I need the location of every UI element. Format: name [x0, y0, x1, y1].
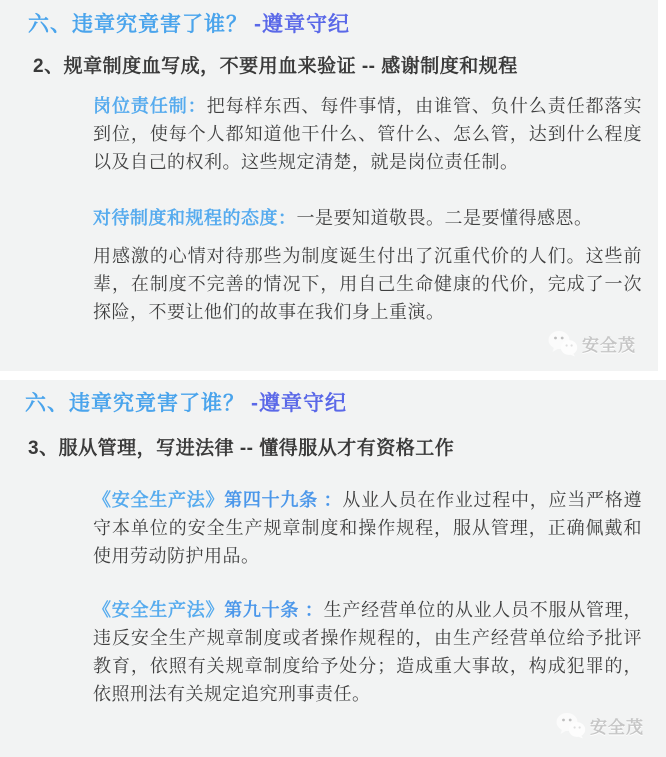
slide-2-paragraph-1: 《安全生产法》第四十九条 ：从业人员在作业过程中，应当严格遵守本单位的安全生产规…	[93, 486, 642, 570]
heading-main-text: 六、违章究竟害了谁？	[28, 13, 248, 36]
slide-section-2: 六、违章究竟害了谁？-遵章守纪 3、服从管理，写进法律 -- 懂得服从才有资格工…	[0, 380, 666, 757]
article-page: 六、违章究竟害了谁？-遵章守纪 2、规章制度血写成，不要用血来验证 -- 感谢制…	[0, 0, 666, 757]
paragraph-lead: 对待制度和规程的态度：	[93, 208, 297, 228]
slide-section-1: 六、违章究竟害了谁？-遵章守纪 2、规章制度血写成，不要用血来验证 -- 感谢制…	[0, 0, 658, 371]
wechat-icon	[548, 330, 578, 357]
heading-main-text: 六、违章究竟害了谁？	[25, 392, 245, 415]
slide-2-subheading: 3、服从管理，写进法律 -- 懂得服从才有资格工作	[28, 433, 454, 460]
slide-2-paragraph-2: 《安全生产法》第九十条 ：生产经营单位的从业人员不服从管理，违反安全生产规章制度…	[93, 596, 642, 708]
paragraph-lead: 岗位责任制：	[93, 96, 207, 116]
slide-2-heading: 六、违章究竟害了谁？-遵章守纪	[25, 387, 347, 417]
paragraph-text: 一是要知道敬畏。二是要懂得感恩。	[297, 208, 593, 228]
law-article-lead: 第四十九条 ：	[224, 490, 342, 510]
watermark-badge: 安全茂	[548, 330, 636, 357]
section-divider	[0, 371, 666, 380]
heading-sub-text: -遵章守纪	[254, 13, 350, 36]
watermark-text: 安全茂	[590, 713, 644, 738]
slide-1-heading: 六、违章究竟害了谁？-遵章守纪	[28, 8, 350, 38]
watermark-text: 安全茂	[582, 331, 636, 356]
law-article-lead: 第九十条 ：	[224, 600, 323, 620]
watermark-badge: 安全茂	[556, 712, 644, 739]
slide-1-paragraph-3: 用感激的心情对待那些为制度诞生付出了沉重代价的人们。这些前辈，在制度不完善的情况…	[93, 242, 642, 326]
slide-1-paragraph-1: 岗位责任制：把每样东西、每件事情，由谁管、负什么责任都落实到位，使每个人都知道他…	[93, 92, 642, 176]
wechat-icon	[556, 712, 586, 739]
slide-1-subheading: 2、规章制度血写成，不要用血来验证 -- 感谢制度和规程	[33, 51, 518, 78]
heading-sub-text: -遵章守纪	[251, 392, 347, 415]
law-title-lead: 《安全生产法》	[93, 600, 224, 620]
paragraph-text: 用感激的心情对待那些为制度诞生付出了沉重代价的人们。这些前辈，在制度不完善的情况…	[93, 246, 642, 322]
slide-1-paragraph-2: 对待制度和规程的态度：一是要知道敬畏。二是要懂得感恩。	[93, 204, 642, 232]
law-title-lead: 《安全生产法》	[93, 490, 224, 510]
